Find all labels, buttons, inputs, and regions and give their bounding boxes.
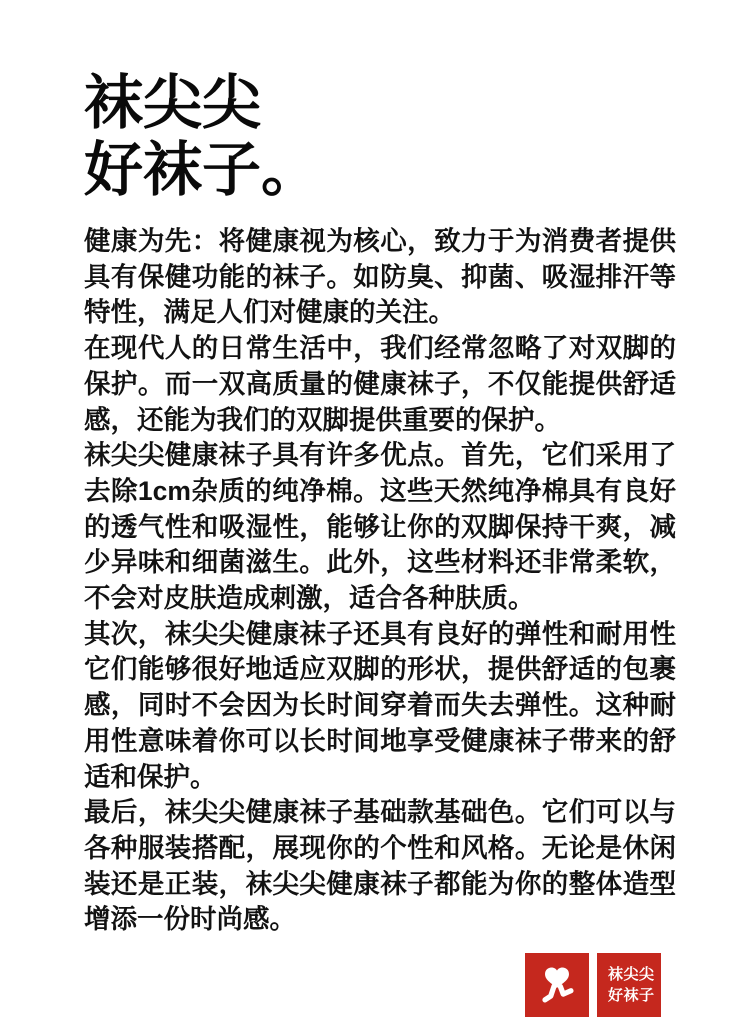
paragraph-daily-life: 在现代人的日常生活中，我们经常忽略了对双脚的保护。而一双高质量的健康袜子，不仅能… (84, 331, 676, 438)
paragraph-advantages-cotton: 袜尖尖健康袜子具有许多优点。首先，它们采用了去除1cm杂质的纯净棉。这些天然纯净… (84, 438, 676, 617)
paragraph-elasticity-durability: 其次，袜尖尖健康袜子还具有良好的弹性和耐用性它们能够很好地适应双脚的形状，提供舒… (84, 617, 676, 796)
poster-page: 袜尖尖 好袜子。 健康为先：将健康视为核心，致力于为消费者提供具有保健功能的袜子… (0, 0, 750, 1023)
brand-name-badge: 袜尖尖 好袜子 (597, 953, 661, 1017)
body-copy: 健康为先：将健康视为核心，致力于为消费者提供具有保健功能的袜子。如防臭、抑菌、吸… (84, 224, 676, 938)
page-title: 袜尖尖 好袜子。 (84, 70, 320, 204)
brand-name-line-1: 袜尖尖 (608, 964, 661, 985)
brand-name-line-2: 好袜子 (608, 985, 661, 1006)
paragraph-style-matching: 最后，袜尖尖健康袜子基础款基础色。它们可以与各种服装搭配，展现你的个性和风格。无… (84, 795, 676, 938)
brand-logo-badge (525, 953, 589, 1017)
heart-walking-icon (534, 962, 580, 1008)
title-line-1: 袜尖尖 (84, 70, 320, 137)
paragraph-health-first: 健康为先：将健康视为核心，致力于为消费者提供具有保健功能的袜子。如防臭、抑菌、吸… (84, 224, 676, 331)
title-line-2: 好袜子。 (84, 137, 320, 204)
